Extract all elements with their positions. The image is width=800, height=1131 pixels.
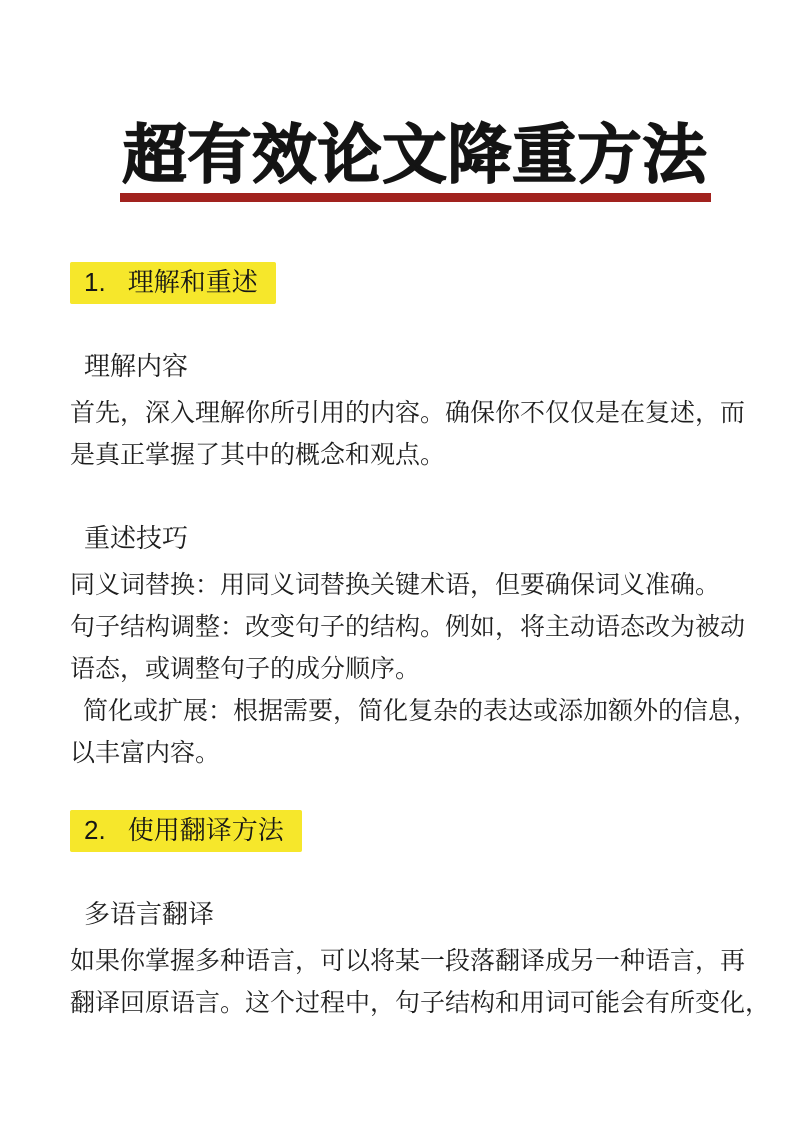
- subsection-title-restate-skills: 重述技巧: [70, 522, 760, 554]
- infographic-page: 超有效论文降重方法 1.理解和重述 理解内容 首先，深入理解你所引用的内容。确保…: [0, 0, 800, 1131]
- paragraph-multilingual-translation: 如果你掌握多种语言，可以将某一段落翻译成另一种语言，再 翻译回原语言。这个过程中…: [70, 940, 760, 1024]
- page-title-text: 超有效论文降重方法: [123, 119, 708, 191]
- section-2-number: 2.: [84, 817, 106, 843]
- paragraph-simplify-or-expand: 简化或扩展：根据需要，简化复杂的表达或添加额外的信息， 以丰富内容。: [70, 690, 760, 774]
- page-title: 超有效论文降重方法: [120, 122, 711, 202]
- paragraph-synonym-replacement: 同义词替换：用同义词替换关键术语，但要确保词义准确。: [70, 564, 760, 606]
- section-1-heading: 1.理解和重述: [70, 262, 276, 304]
- paragraph-sentence-structure: 句子结构调整：改变句子的结构。例如，将主动语态改为被动 语态，或调整句子的成分顺…: [70, 606, 760, 690]
- paragraph-understand-content: 首先，深入理解你所引用的内容。确保你不仅仅是在复述，而 是真正掌握了其中的概念和…: [70, 392, 760, 476]
- page-header: 超有效论文降重方法: [70, 0, 760, 202]
- section-1: 1.理解和重述: [70, 262, 760, 304]
- section-1-number: 1.: [84, 269, 106, 295]
- section-2: 2.使用翻译方法: [70, 810, 760, 852]
- section-2-heading: 2.使用翻译方法: [70, 810, 302, 852]
- subsection-title-multilingual-translation: 多语言翻译: [70, 898, 760, 930]
- subsection-title-understand-content: 理解内容: [70, 350, 760, 382]
- section-2-heading-text: 使用翻译方法: [128, 815, 284, 845]
- section-1-heading-text: 理解和重述: [128, 267, 258, 297]
